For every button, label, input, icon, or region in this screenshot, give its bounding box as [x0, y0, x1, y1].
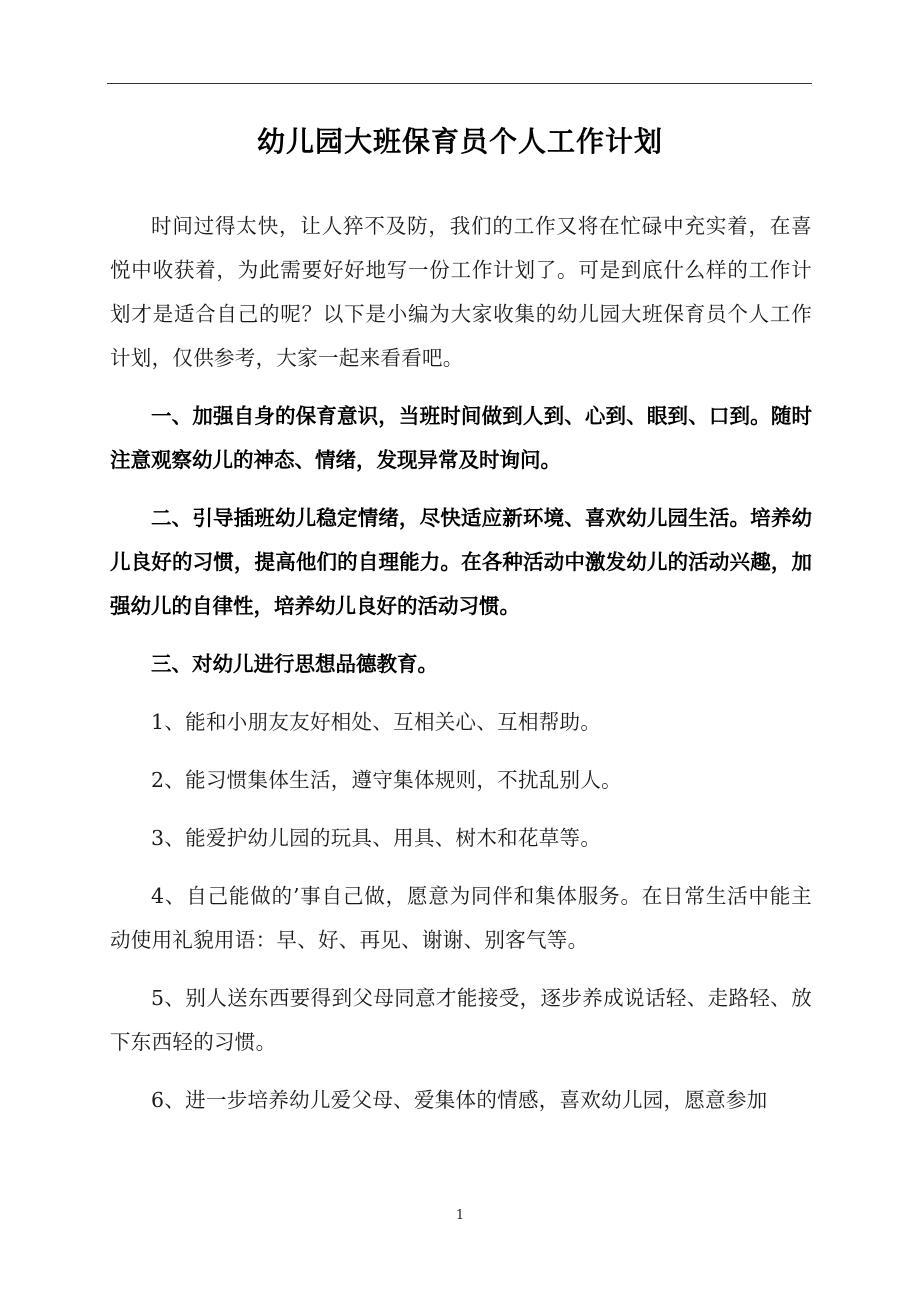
section-2-paragraph: 二、引导插班幼儿稳定情绪，尽快适应新环境、喜欢幼儿园生活。培养幼儿良好的习惯，提… — [110, 496, 812, 628]
document-page: 幼儿园大班保育员个人工作计划 时间过得太快，让人猝不及防，我们的工作又将在忙碌中… — [0, 0, 920, 1302]
document-body: 时间过得太快，让人猝不及防，我们的工作又将在忙碌中充实着，在喜悦中收获着，为此需… — [110, 204, 812, 1122]
list-item-5: 5、别人送东西要得到父母同意才能接受，逐步养成说话轻、走路轻、放下东西轻的习惯。 — [110, 976, 812, 1064]
list-item-4: 4、自己能做的’事自己做，愿意为同伴和集体服务。在日常生活中能主动使用礼貌用语：… — [110, 874, 812, 962]
list-item-6: 6、进一步培养幼儿爱父母、爱集体的情感，喜欢幼儿园，愿意参加 — [110, 1078, 812, 1122]
list-item-3: 3、能爱护幼儿园的玩具、用具、树木和花草等。 — [110, 816, 812, 860]
page-number: 1 — [0, 1208, 920, 1223]
list-item-2: 2、能习惯集体生活，遵守集体规则，不扰乱别人。 — [110, 758, 812, 802]
intro-paragraph: 时间过得太快，让人猝不及防，我们的工作又将在忙碌中充实着，在喜悦中收获着，为此需… — [110, 204, 812, 380]
section-3-heading: 三、对幼儿进行思想品德教育。 — [110, 642, 812, 686]
section-1-paragraph: 一、加强自身的保育意识，当班时间做到人到、心到、眼到、口到。随时注意观察幼儿的神… — [110, 394, 812, 482]
header-rule — [107, 83, 812, 84]
list-item-1: 1、能和小朋友友好相处、互相关心、互相帮助。 — [110, 700, 812, 744]
document-title: 幼儿园大班保育员个人工作计划 — [0, 122, 920, 162]
